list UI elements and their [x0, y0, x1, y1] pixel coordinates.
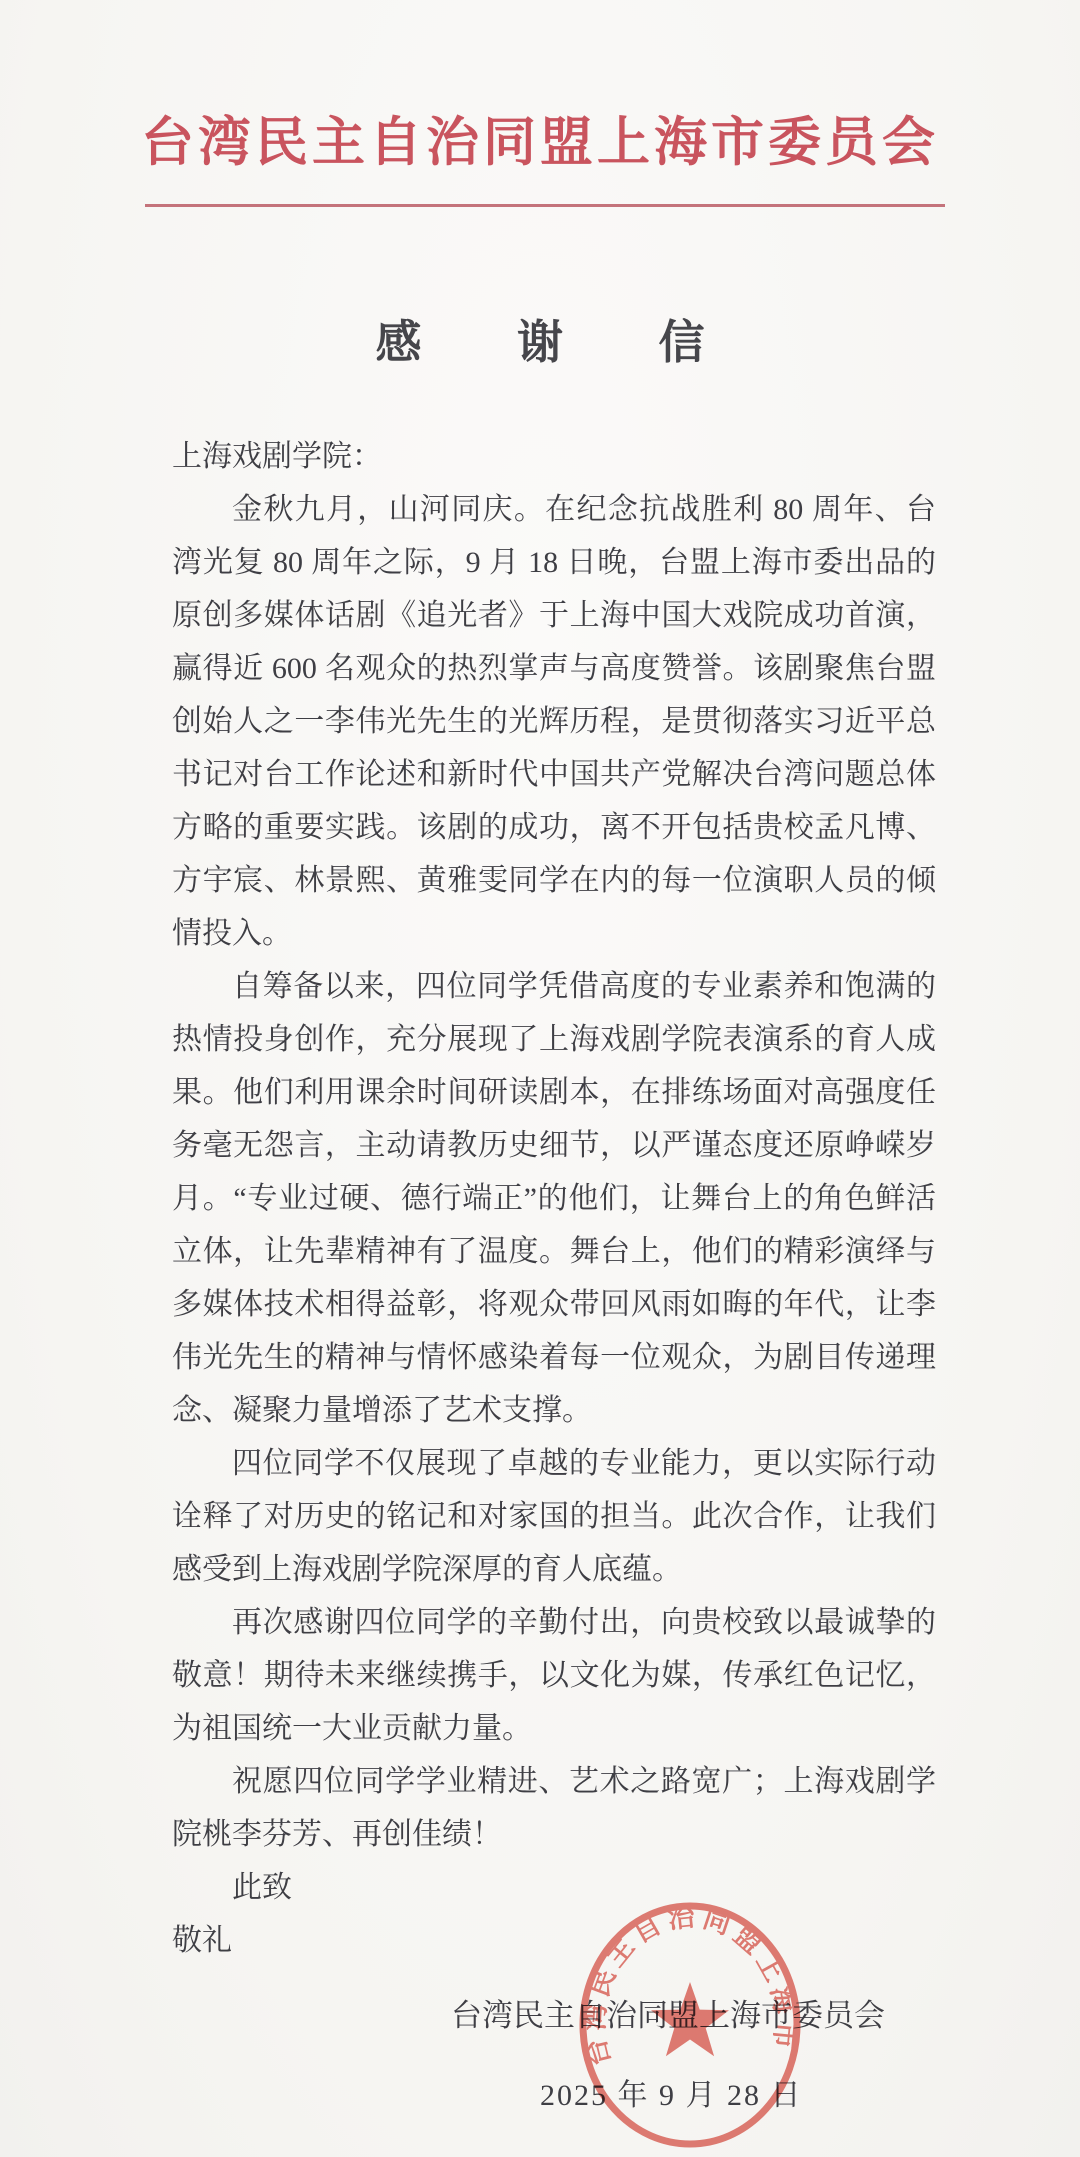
letter-title: 感 谢 信	[0, 306, 1080, 372]
seal-star-icon	[651, 1982, 729, 2056]
paragraph-2: 自筹备以来，四位同学凭借高度的专业素养和饱满的热情投身创作，充分展现了上海戏剧学…	[172, 960, 936, 1437]
seal-arc-text-wrapper: 台湾民主自治同盟上海市委员会	[576, 1899, 801, 2069]
official-seal: 台湾民主自治同盟上海市委员会	[576, 1899, 804, 2151]
paragraph-5: 祝愿四位同学学业精进、艺术之路宽广；上海戏剧学院桃李芬芳、再创佳绩！	[172, 1755, 936, 1861]
paragraph-1: 金秋九月，山河同庆。在纪念抗战胜利 80 周年、台湾光复 80 周年之际，9 月…	[172, 483, 936, 960]
scanned-letter-page: 台湾民主自治同盟上海市委员会 感 谢 信 上海戏剧学院： 金秋九月，山河同庆。在…	[0, 0, 1080, 2157]
paragraph-3: 四位同学不仅展现了卓越的专业能力，更以实际行动诠释了对历史的铭记和对家国的担当。…	[172, 1437, 936, 1596]
salutation: 上海戏剧学院：	[172, 430, 936, 483]
seal-arc-text: 台湾民主自治同盟上海市委员会	[576, 1899, 801, 2069]
header-rule	[145, 204, 945, 207]
paragraph-4: 再次感谢四位同学的辛勤付出，向贵校致以最诚挚的敬意！期待未来继续携手，以文化为媒…	[172, 1596, 936, 1755]
closing-jingli: 敬礼	[172, 1914, 936, 1967]
letter-body: 上海戏剧学院： 金秋九月，山河同庆。在纪念抗战胜利 80 周年、台湾光复 80 …	[172, 430, 936, 1967]
closing-cizhi: 此致	[172, 1861, 936, 1914]
org-name-header: 台湾民主自治同盟上海市委员会	[0, 100, 1080, 176]
